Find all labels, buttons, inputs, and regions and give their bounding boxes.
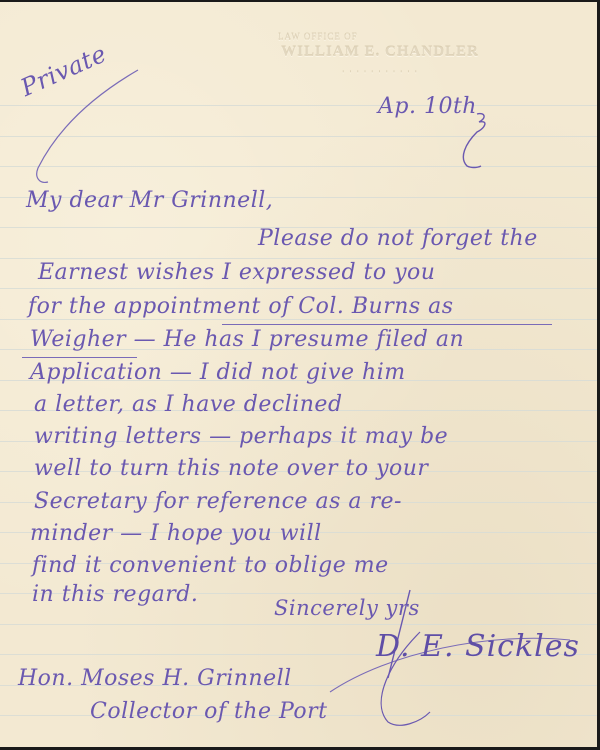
date-flourish-stroke: [455, 110, 495, 170]
body-line: Please do not forget the: [258, 226, 538, 251]
underline-col-burns: [222, 324, 552, 325]
body-line: writing letters — perhaps it may be: [34, 424, 448, 449]
ruled-line: [0, 288, 597, 289]
body-line: a letter, as I have declined: [34, 392, 343, 417]
body-line: find it convenient to oblige me: [32, 553, 389, 578]
ruled-line: [0, 258, 597, 259]
letterhead: LAW OFFICE OF WILLIAM E. CHANDLER · · · …: [260, 32, 500, 77]
signature: D. E. Sickles: [376, 629, 580, 664]
body-line: Secretary for reference as a re-: [34, 489, 402, 514]
salutation: My dear Mr Grinnell,: [26, 188, 273, 213]
body-line: well to turn this note over to your: [34, 456, 428, 481]
body-line: for the appointment of Col. Burns as: [28, 294, 454, 319]
letterhead-line1: LAW OFFICE OF: [260, 32, 500, 42]
letterhead-name: WILLIAM E. CHANDLER: [260, 44, 500, 61]
addressee-name: Hon. Moses H. Grinnell: [18, 666, 292, 691]
underline-weigher: [22, 357, 137, 358]
body-line: minder — I hope you will: [30, 521, 322, 546]
letter-sheet: LAW OFFICE OF WILLIAM E. CHANDLER · · · …: [0, 2, 597, 747]
letterhead-line3: · · · · · · · · · · ·: [260, 67, 500, 77]
body-line: Earnest wishes I expressed to you: [38, 260, 435, 285]
body-line: Weigher — He has I presume filed an: [30, 327, 464, 352]
ruled-line: [0, 319, 597, 320]
addressee-title: Collector of the Port: [90, 699, 328, 724]
body-line: in this regard.: [32, 582, 198, 607]
body-line: Application — I did not give him: [30, 360, 406, 385]
